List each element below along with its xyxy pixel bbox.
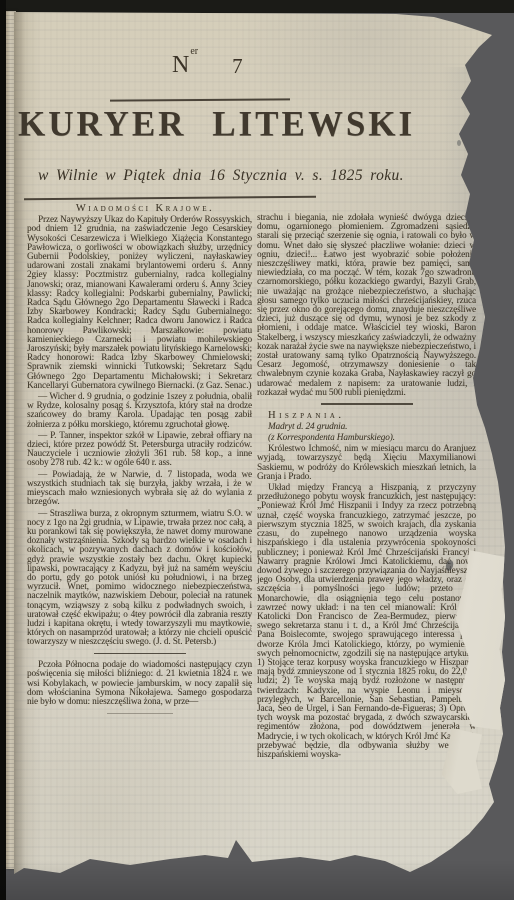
spain-dateline: Madryt d. 24 grudnia. — [257, 422, 476, 431]
scan-top-band — [0, 0, 514, 13]
dateline-rule — [24, 196, 316, 201]
section-divider — [321, 403, 413, 405]
section-divider — [94, 653, 186, 655]
issue-number-line: Ner 7 — [172, 52, 244, 79]
section-heading-krajowe: Wiadomości Krajowe. — [27, 204, 252, 213]
news-paragraph: — Wicher d. 9 grudnia, o godzinie 1szey … — [27, 392, 252, 429]
scanned-newspaper-page: Ner 7 KURYER LITEWSKI w Wilnie w Piątek … — [0, 0, 514, 900]
newspaper-sheet: Ner 7 KURYER LITEWSKI w Wilnie w Piątek … — [14, 12, 506, 878]
column-end-rule — [107, 713, 173, 714]
right-column: strachu i biegania, nie zdołała wynieść … — [257, 213, 476, 761]
newspaper-title: KURYER LITEWSKI — [18, 103, 496, 145]
scan-bottom-shade — [0, 860, 514, 900]
news-paragraph-continuation: strachu i biegania, nie zdołała wynieść … — [257, 213, 476, 397]
spain-source: (z Korrespondenta Hamburskiego). — [257, 433, 476, 442]
issue-number: 7 — [232, 52, 244, 79]
news-paragraph: — P. Tanner, inspektor szkół w Lipawie, … — [27, 431, 252, 468]
issue-label: Ner — [172, 52, 198, 79]
masthead-dateline: w Wilnie w Piątek dnia 16 Stycznia v. s.… — [38, 167, 438, 185]
news-paragraph: — Powiadają, że w Narwie, d. 7 listopada… — [27, 470, 252, 507]
left-column: Wiadomości Krajowe. Przez Naywyższy Ukaz… — [27, 204, 252, 714]
news-paragraph: — Straszliwa burza, z okropnym szturmem,… — [27, 509, 252, 647]
news-paragraph: Układ między Francyą a Hiszpanią, z przy… — [257, 483, 476, 759]
news-paragraph: Przez Naywyższy Ukaz do Kapituły Orderów… — [27, 215, 252, 390]
news-paragraph: Królestwo Ichmość, nim w miesiącu marcu … — [257, 444, 476, 481]
news-paragraph: Pczoła Północna podaje do wiadomości nas… — [27, 660, 252, 706]
masthead-rule — [110, 98, 290, 101]
section-heading-hiszpania: Hiszpania. — [257, 411, 476, 420]
ink-blot — [457, 140, 461, 146]
